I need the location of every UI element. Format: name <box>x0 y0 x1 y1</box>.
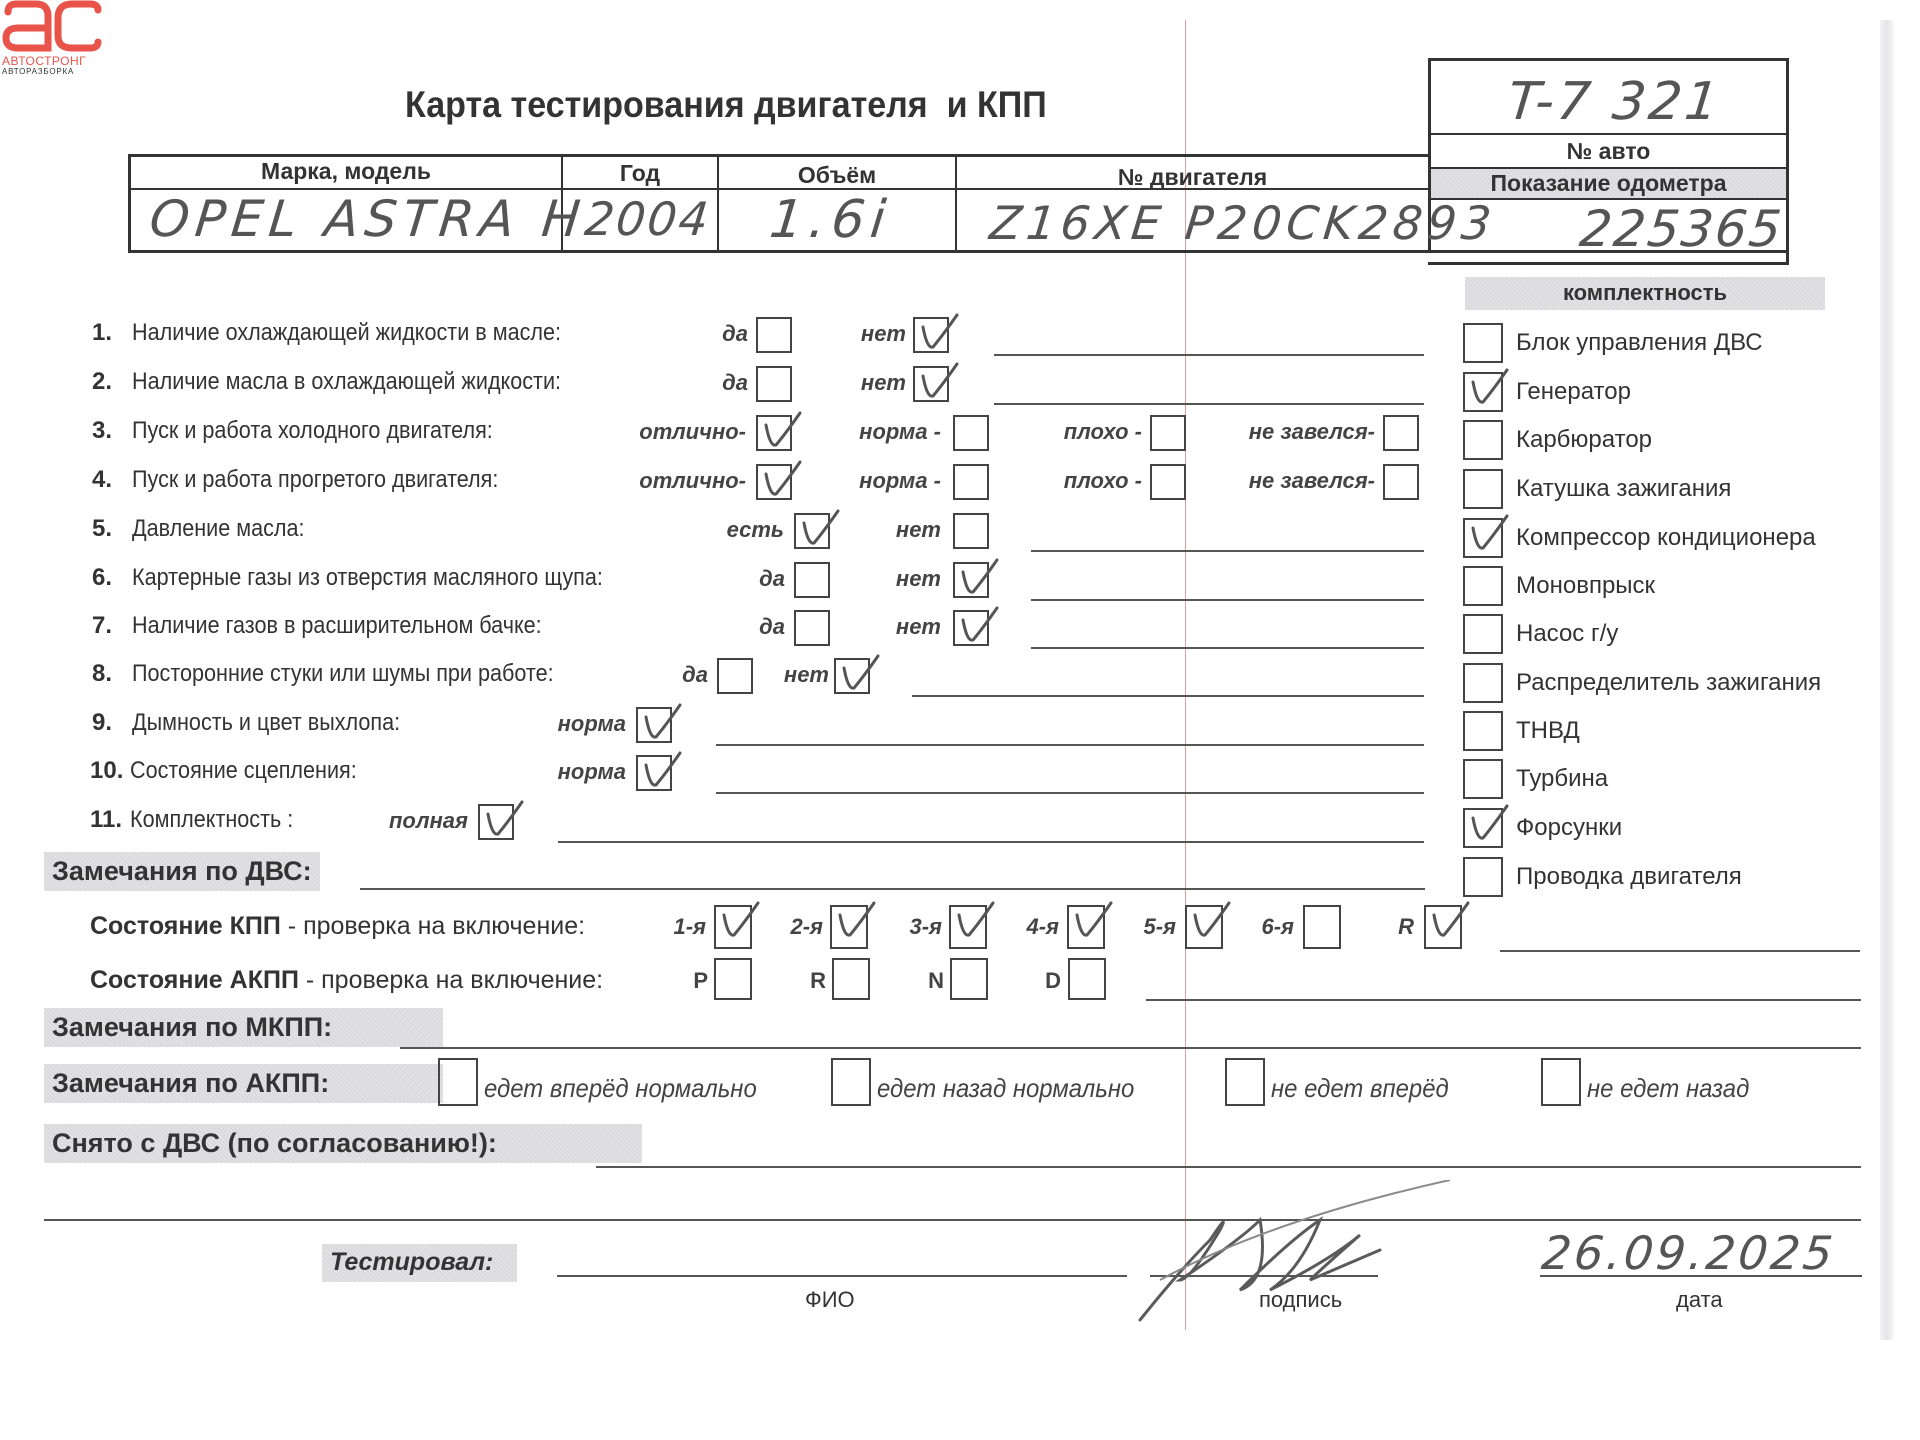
check-mark-icon <box>1463 364 1511 412</box>
notes-field[interactable] <box>994 403 1424 405</box>
option-checkbox[interactable] <box>1150 415 1186 451</box>
option-label: нет <box>896 614 941 640</box>
engine-remarks-label: Замечания по ДВС: <box>44 852 320 891</box>
gear-checkbox[interactable] <box>950 958 988 1000</box>
option-label: не завелся- <box>1249 419 1375 445</box>
completeness-checkbox[interactable] <box>1463 759 1503 799</box>
value-model[interactable]: OPEL ASTRA H <box>147 190 589 248</box>
completeness-checkbox[interactable] <box>1463 663 1503 703</box>
gear-checkbox[interactable] <box>714 905 752 949</box>
option-label: да <box>759 614 785 640</box>
value-car-no[interactable]: T-7 321 <box>1505 72 1724 132</box>
header-year: Год <box>563 160 717 187</box>
check-mark-icon <box>1185 897 1233 945</box>
gear-label: R <box>1398 914 1414 940</box>
value-year[interactable]: 2004 <box>582 192 713 246</box>
header-car-no: № авто <box>1431 138 1786 165</box>
option-label: да <box>759 566 785 592</box>
check-mark-icon <box>636 699 684 747</box>
gear-label: 6-я <box>1261 914 1294 940</box>
mkpp-remarks-field[interactable] <box>400 1047 1861 1049</box>
option-label: да <box>722 370 748 396</box>
completeness-label: Компрессор кондиционера <box>1516 524 1816 552</box>
completeness-checkbox[interactable] <box>1463 420 1503 460</box>
option-checkbox[interactable] <box>756 415 792 451</box>
gear-checkbox[interactable] <box>1303 905 1341 949</box>
check-mark-icon <box>913 309 961 357</box>
gear-checkbox[interactable] <box>1185 905 1223 949</box>
completeness-label: Карбюратор <box>1516 426 1652 454</box>
check-mark-icon <box>714 897 762 945</box>
notes-field[interactable] <box>1031 647 1424 649</box>
option-label: норма - <box>859 419 941 445</box>
completeness-checkbox[interactable] <box>1463 372 1503 412</box>
header-engine-no: № двигателя <box>957 164 1428 191</box>
gear-label: 5-я <box>1143 914 1176 940</box>
row-number: 3. <box>92 417 112 445</box>
tester-label: Тестировал: <box>330 1248 493 1277</box>
completeness-checkbox[interactable] <box>1463 711 1503 751</box>
option-label: полная <box>389 808 468 834</box>
removed-field[interactable] <box>596 1166 1861 1168</box>
row-label: Пуск и работа холодного двигателя: <box>132 417 493 445</box>
notes-field[interactable] <box>1031 550 1424 552</box>
row-label: Картерные газы из отверстия масляного щу… <box>132 564 603 592</box>
option-checkbox[interactable] <box>478 804 514 840</box>
value-volume[interactable]: 1.6i <box>767 190 894 250</box>
gear-checkbox[interactable] <box>714 958 752 1000</box>
check-mark-icon <box>1463 800 1511 848</box>
gear-checkbox[interactable] <box>949 905 987 949</box>
gear-label: P <box>693 968 708 994</box>
option-checkbox[interactable] <box>913 317 949 353</box>
check-mark-icon <box>953 602 1001 650</box>
check-mark-icon <box>794 505 842 553</box>
gear-checkbox[interactable] <box>1068 958 1106 1000</box>
completeness-checkbox[interactable] <box>1463 857 1503 897</box>
tester-name-field[interactable] <box>557 1275 1127 1277</box>
removed-field-line2[interactable] <box>44 1219 1861 1221</box>
notes-field[interactable] <box>716 744 1424 746</box>
option-label: норма <box>558 711 626 737</box>
row-label: Дымность и цвет выхлопа: <box>132 709 400 737</box>
option-checkbox[interactable] <box>953 415 989 451</box>
option-checkbox[interactable] <box>756 464 792 500</box>
gear-label: 1-я <box>673 914 706 940</box>
auto-gearbox-notes-field[interactable] <box>1146 999 1861 1001</box>
option-checkbox[interactable] <box>1150 464 1186 500</box>
check-mark-icon <box>834 650 882 698</box>
gear-label: N <box>928 968 944 994</box>
row-number: 5. <box>92 515 112 543</box>
row-number: 8. <box>92 660 112 688</box>
row-label: Состояние сцепления: <box>130 757 357 785</box>
row-label: Давление масла: <box>132 515 305 543</box>
akpp-option-label: не едет назад <box>1587 1073 1749 1104</box>
option-checkbox[interactable] <box>717 658 753 694</box>
option-label: норма - <box>859 468 941 494</box>
akpp-option-label: едет назад нормально <box>877 1073 1134 1104</box>
option-label: плохо - <box>1064 468 1142 494</box>
completeness-checkbox[interactable] <box>1463 566 1503 606</box>
logo-subtitle: АВТОРАЗБОРКА <box>2 67 74 76</box>
option-checkbox[interactable] <box>636 707 672 743</box>
check-mark-icon <box>756 456 804 504</box>
option-checkbox[interactable] <box>953 464 989 500</box>
row-label: Наличие газов в расширительном бачке: <box>132 612 542 640</box>
check-mark-icon <box>756 407 804 455</box>
gear-checkbox[interactable] <box>832 958 870 1000</box>
option-label: есть <box>727 517 784 543</box>
auto-gearbox-label: Состояние АКПП - проверка на включение: <box>90 966 603 995</box>
akpp-option-checkbox[interactable] <box>1541 1058 1581 1106</box>
completeness-checkbox[interactable] <box>1463 808 1503 848</box>
gear-checkbox[interactable] <box>1424 905 1462 949</box>
notes-field[interactable] <box>1031 599 1424 601</box>
check-mark-icon <box>478 796 526 844</box>
check-mark-icon <box>636 747 684 795</box>
header-volume: Объём <box>719 162 955 189</box>
completeness-label: Генератор <box>1516 378 1631 406</box>
gear-checkbox[interactable] <box>1067 905 1105 949</box>
row-label: Посторонние стуки или шумы при работе: <box>132 660 554 688</box>
option-checkbox[interactable] <box>794 562 830 598</box>
signature-scribble <box>1120 1180 1450 1330</box>
row-number: 6. <box>92 564 112 592</box>
value-engine-no[interactable]: Z16XE P20CK2893 <box>987 196 1499 250</box>
date-caption: дата <box>1676 1287 1723 1313</box>
completeness-checkbox[interactable] <box>1463 469 1503 509</box>
paper-edge <box>1880 20 1894 1340</box>
completeness-label: Распределитель зажигания <box>1516 669 1821 697</box>
option-label: да <box>722 321 748 347</box>
manual-gearbox-notes-field[interactable] <box>1500 950 1860 952</box>
option-checkbox[interactable] <box>834 658 870 694</box>
option-checkbox[interactable] <box>953 562 989 598</box>
option-checkbox[interactable] <box>636 755 672 791</box>
gear-label: R <box>810 968 826 994</box>
header-model: Марка, модель <box>131 158 561 185</box>
option-checkbox[interactable] <box>756 366 792 402</box>
removed-label: Снято с ДВС (по согласованию!): <box>44 1124 642 1163</box>
gear-label: 3-я <box>909 914 942 940</box>
akpp-remarks-label: Замечания по АКПП: <box>44 1064 443 1103</box>
row-label: Пуск и работа прогретого двигателя: <box>132 466 498 494</box>
akpp-option-label: едет вперёд нормально <box>484 1073 757 1104</box>
header-odometer: Показание одометра <box>1431 170 1786 197</box>
completeness-checkbox[interactable] <box>1463 323 1503 363</box>
row-number: 10. <box>90 757 123 785</box>
check-mark-icon <box>953 554 1001 602</box>
page-title: Карта тестирования двигателя и КПП <box>405 84 1047 126</box>
option-label: нет <box>861 321 906 347</box>
option-checkbox[interactable] <box>913 366 949 402</box>
completeness-label: Форсунки <box>1516 814 1622 842</box>
check-mark-icon <box>1067 897 1115 945</box>
option-label: отлично- <box>639 468 746 494</box>
akpp-option-checkbox[interactable] <box>831 1058 871 1106</box>
value-odometer[interactable]: 225365 <box>1577 200 1786 258</box>
check-mark-icon <box>1463 510 1511 558</box>
row-label: Комплектность : <box>130 806 293 834</box>
manual-gearbox-label: Состояние КПП - проверка на включение: <box>90 912 585 941</box>
row-label: Наличие масла в охлаждающей жидкости: <box>132 368 561 396</box>
gear-checkbox[interactable] <box>830 905 868 949</box>
row-number: 7. <box>92 612 112 640</box>
check-mark-icon <box>1424 897 1472 945</box>
option-checkbox[interactable] <box>794 513 830 549</box>
option-checkbox[interactable] <box>953 513 989 549</box>
mkpp-remarks-label: Замечания по МКПП: <box>44 1008 443 1047</box>
completeness-checkbox[interactable] <box>1463 518 1503 558</box>
notes-field[interactable] <box>912 695 1424 697</box>
row-label: Наличие охлаждающей жидкости в масле: <box>132 319 561 347</box>
notes-field[interactable] <box>994 354 1424 356</box>
row-number: 9. <box>92 709 112 737</box>
akpp-option-checkbox[interactable] <box>1225 1058 1265 1106</box>
tester-name-caption: ФИО <box>805 1287 855 1313</box>
notes-field[interactable] <box>558 841 1424 843</box>
completeness-checkbox[interactable] <box>1463 614 1503 654</box>
option-label: плохо - <box>1064 419 1142 445</box>
option-label: нет <box>784 662 829 688</box>
check-mark-icon <box>913 358 961 406</box>
completeness-label: Насос г/у <box>1516 620 1618 648</box>
row-number: 11. <box>90 806 122 834</box>
check-mark-icon <box>830 897 878 945</box>
row-number: 4. <box>92 466 112 494</box>
completeness-label: ТНВД <box>1516 717 1580 745</box>
option-label: отлично- <box>639 419 746 445</box>
option-label: нет <box>896 566 941 592</box>
notes-field[interactable] <box>716 792 1424 794</box>
option-checkbox[interactable] <box>953 610 989 646</box>
completeness-header: комплектность <box>1465 280 1825 306</box>
completeness-label: Турбина <box>1516 765 1608 793</box>
option-checkbox[interactable] <box>1383 464 1419 500</box>
gear-label: 2-я <box>790 914 823 940</box>
option-label: нет <box>861 370 906 396</box>
gear-label: 4-я <box>1026 914 1059 940</box>
completeness-label: Блок управления ДВС <box>1516 329 1763 357</box>
row-number: 1. <box>92 319 112 347</box>
row-number: 2. <box>92 368 112 396</box>
completeness-label: Катушка зажигания <box>1516 475 1731 503</box>
option-label: нет <box>896 517 941 543</box>
option-checkbox[interactable] <box>756 317 792 353</box>
akpp-option-label: не едет вперёд <box>1271 1073 1449 1104</box>
option-checkbox[interactable] <box>1383 415 1419 451</box>
option-label: не завелся- <box>1249 468 1375 494</box>
option-checkbox[interactable] <box>794 610 830 646</box>
akpp-option-checkbox[interactable] <box>438 1058 478 1106</box>
date-value[interactable]: 26.09.2025 <box>1539 1226 1838 1280</box>
option-label: норма <box>558 759 626 785</box>
logo-brand: АВТОСТРОНГ <box>2 54 86 68</box>
check-mark-icon <box>949 897 997 945</box>
option-label: да <box>682 662 708 688</box>
completeness-label: Проводка двигателя <box>1516 863 1742 891</box>
engine-remarks-field[interactable] <box>360 888 1425 890</box>
completeness-label: Моновпрыск <box>1516 572 1655 600</box>
logo-mark-icon <box>2 0 102 55</box>
gear-label: D <box>1045 968 1061 994</box>
